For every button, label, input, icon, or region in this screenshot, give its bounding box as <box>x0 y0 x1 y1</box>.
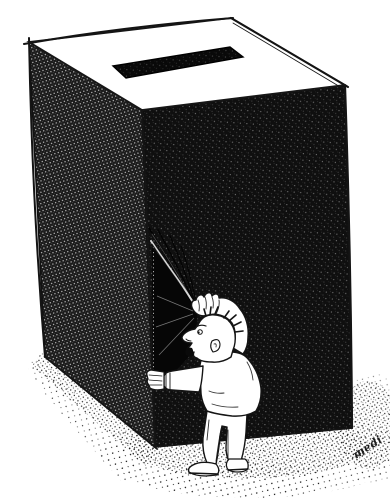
ballot-box-cartoon-illustration: medi <box>0 0 390 500</box>
eye-pupil <box>198 331 200 333</box>
cartoon-canvas: medi <box>0 0 390 500</box>
right-shoe-sole <box>228 469 248 470</box>
left-shoe-sole <box>189 473 218 474</box>
